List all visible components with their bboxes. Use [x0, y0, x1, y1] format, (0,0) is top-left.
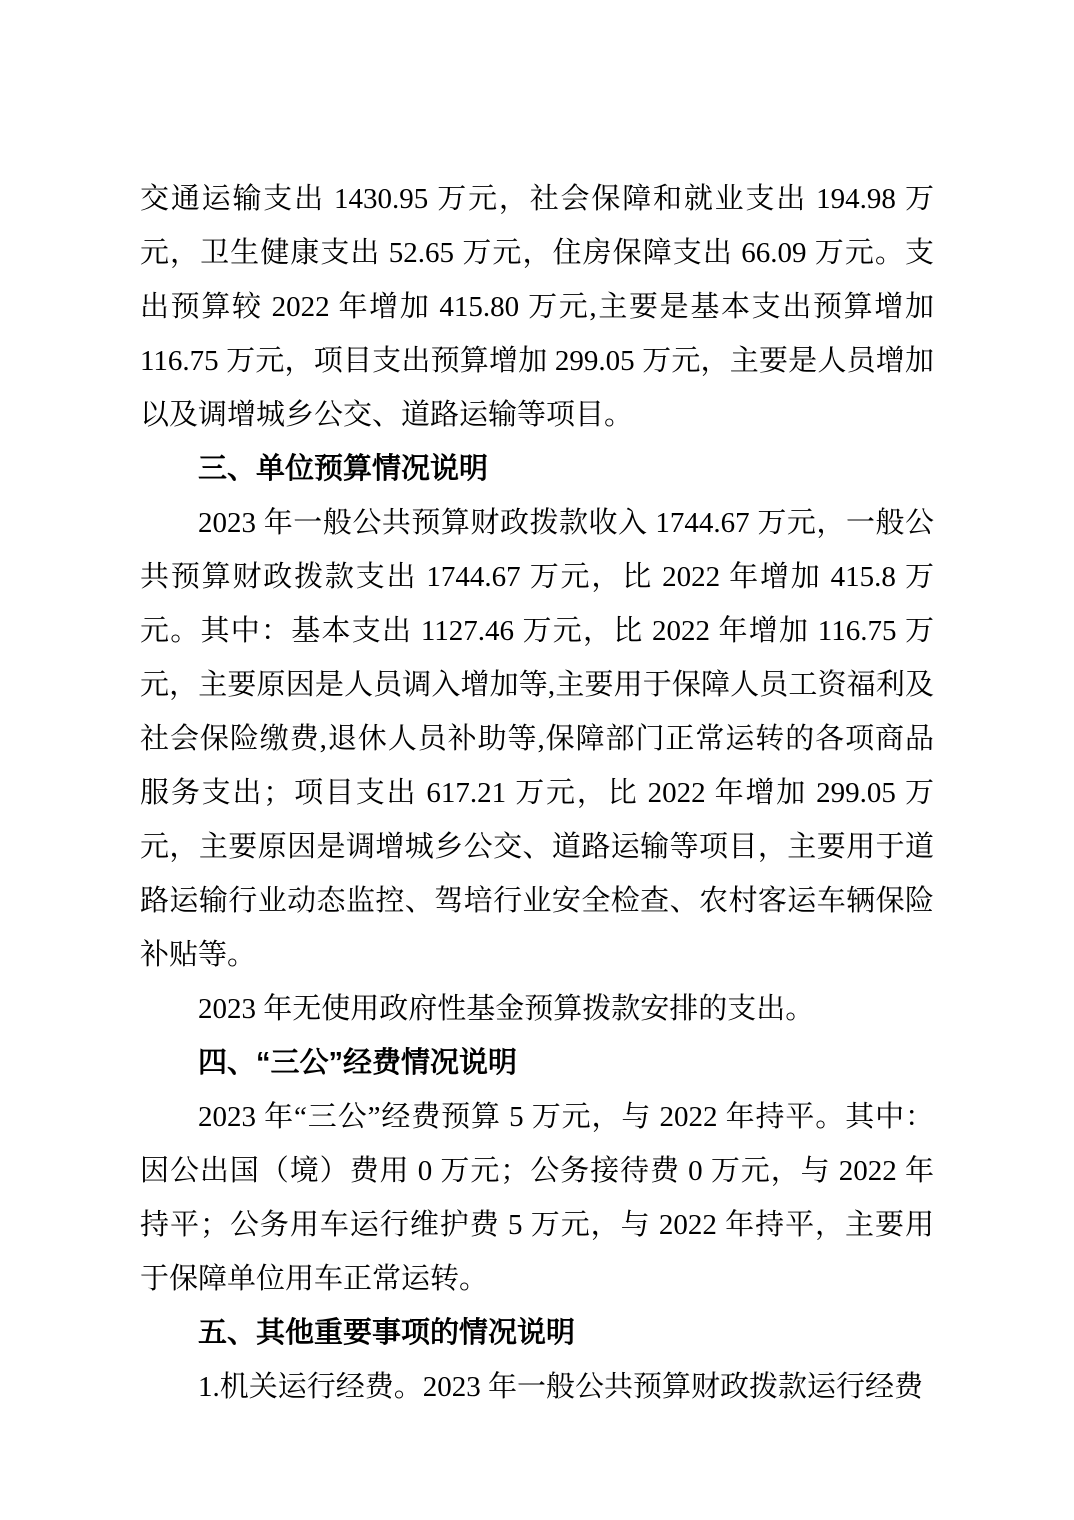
heading-section-5-other-important-matters: 五、其他重要事项的情况说明	[140, 1306, 934, 1360]
paragraph-government-fund-note: 2023 年无使用政府性基金预算拨款安排的支出。	[140, 982, 934, 1036]
paragraph-three-public-expenses-detail: 2023 年“三公”经费预算 5 万元，与 2022 年持平。其中：因公出国（境…	[140, 1090, 934, 1306]
document-page: 交通运输支出 1430.95 万元，社会保障和就业支出 194.98 万元，卫生…	[0, 0, 1074, 1520]
paragraph-agency-operating-funds: 1.机关运行经费。2023 年一般公共预算财政拨款运行经费	[140, 1360, 934, 1414]
heading-section-3-unit-budget: 三、单位预算情况说明	[140, 442, 934, 496]
paragraph-unit-budget-detail: 2023 年一般公共预算财政拨款收入 1744.67 万元，一般公共预算财政拨款…	[140, 496, 934, 982]
paragraph-expenditure-breakdown: 交通运输支出 1430.95 万元，社会保障和就业支出 194.98 万元，卫生…	[140, 172, 934, 442]
heading-section-4-three-public-expenses: 四、“三公”经费情况说明	[140, 1036, 934, 1090]
document-content: 交通运输支出 1430.95 万元，社会保障和就业支出 194.98 万元，卫生…	[140, 172, 934, 1414]
